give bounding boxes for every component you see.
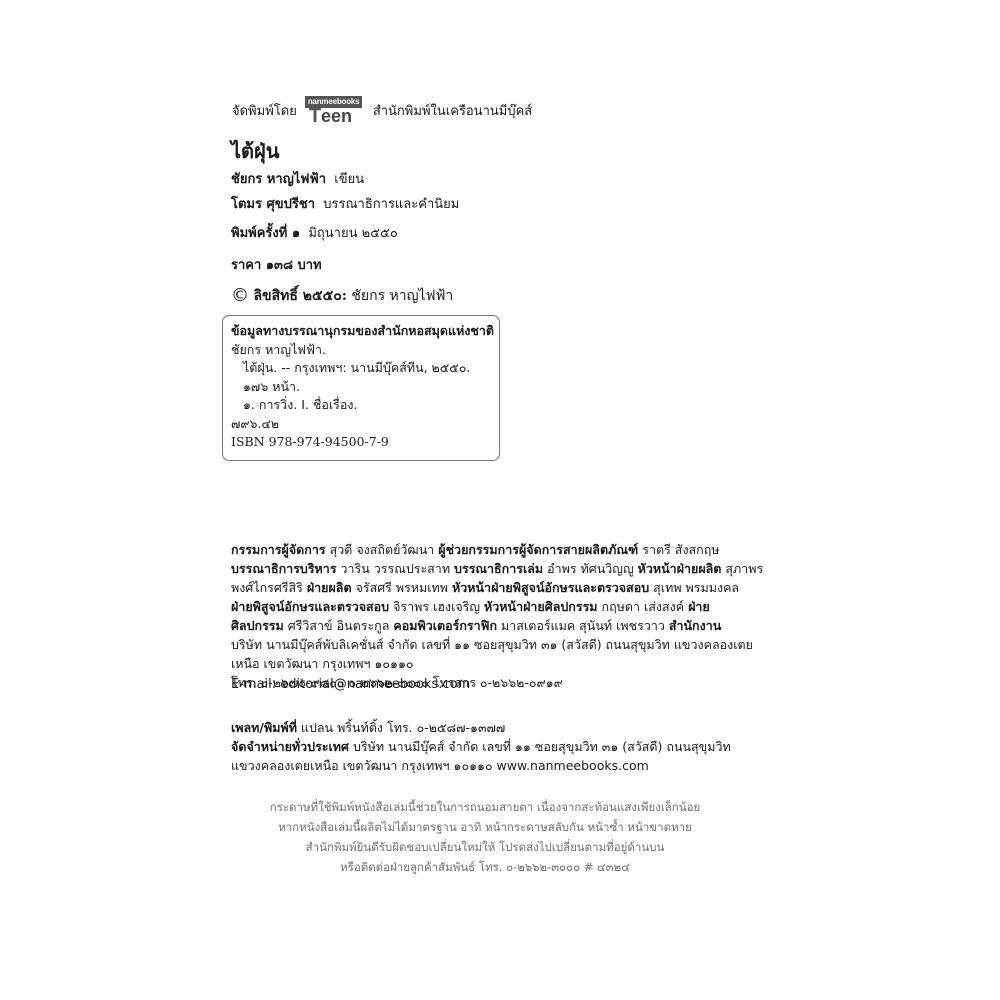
credit-role: จัดจำหน่ายทั่วประเทศ (231, 739, 349, 754)
edition-line: พิมพ์ครั้งที่ ๑ มิถุนายน ๒๕๕๐ (231, 222, 398, 243)
credit-role: ฝ่ายพิสูจน์อักษรและตรวจสอบ (231, 599, 389, 614)
logo-teen-text: Teen (309, 108, 352, 124)
credit-value: บริษัท นานมีบุ๊คส์ จำกัด เลขที่ ๑๑ ซอยสุ… (349, 739, 731, 754)
credit-value: เหนือ เขตวัฒนา กรุงเทพฯ ๑๐๑๑๐ (231, 656, 414, 671)
credit-line: พงศ์ไกรศรีสิริ ฝ่ายผลิต จรัสศรี พรหมเทพ … (231, 578, 746, 597)
credit-value: ราตรี สังสกฤษ (638, 542, 719, 557)
credit-role: หัวหน้าฝ่ายผลิต (638, 561, 722, 576)
credit-value: สุเทพ พรมมงคล (649, 580, 739, 595)
credit-value: กฤษดา เส่งสงค์ (598, 599, 689, 614)
cip-pages: ๑๗๖ หน้า. (231, 378, 491, 397)
notice-line: กระดาษที่ใช้พิมพ์หนังสือเล่มนี้ช่วยในการ… (250, 797, 720, 817)
editorial-email: E-mail: editorial@nanmeebooks.com (231, 677, 470, 692)
cip-data-box: ข้อมูลทางบรรณานุกรมของสำนักหอสมุดแห่งชาต… (222, 315, 500, 461)
credit-value: พงศ์ไกรศรีสิริ (231, 580, 307, 595)
staff-credits: กรรมการผู้จัดการ สุวดี จงสถิตย์วัฒนา ผู้… (231, 540, 746, 692)
cip-author: ชัยกร หาญไฟฟ้า. (231, 341, 491, 360)
author-line: ชัยกร หาญไฟฟ้า เขียน (231, 168, 364, 189)
copyright-icon: © (231, 285, 249, 306)
credit-role: หัวหน้าฝ่ายศิลปกรรม (484, 599, 598, 614)
credit-role: กรรมการผู้จัดการ (231, 542, 326, 557)
credit-role: บรรณาธิการบริหาร (231, 561, 337, 576)
credit-value: มาสเตอร์แมค สุนันท์ เพชรวาว (497, 618, 669, 633)
publisher-line: จัดพิมพ์โดย nanmeebooks Teen สำนักพิมพ์ใ… (232, 96, 532, 124)
copyright-line: © ลิขสิทธิ์ ๒๕๕๐: ชัยกร หาญไฟฟ้า (231, 285, 453, 307)
publisher-imprint: สำนักพิมพ์ในเครือนานมีบุ๊คส์ (373, 100, 532, 121)
editor-line: โตมร ศุขปรีชา บรรณาธิการและคำนิยม (231, 193, 459, 214)
edition-date: มิถุนายน ๒๕๕๐ (308, 226, 397, 241)
credit-value: จรัสศรี พรหมเทพ (352, 580, 452, 595)
credit-line: กรรมการผู้จัดการ สุวดี จงสถิตย์วัฒนา ผู้… (231, 540, 746, 559)
cip-isbn: ISBN 978-974-94500-7-9 (231, 433, 491, 452)
credit-value: อำพร ทัศนวิญญู (543, 561, 637, 576)
credit-value: ศรีวิสาข์ อินตระกูล (284, 618, 394, 633)
publisher-prefix: จัดพิมพ์โดย (232, 100, 297, 121)
credit-value: แปลน พริ้นท์ติ้ง โทร. ๐-๒๕๘๗-๑๓๗๗ (297, 720, 505, 735)
credit-value: วาริน วรรณประสาท (337, 561, 455, 576)
credit-line: บรรณาธิการบริหาร วาริน วรรณประสาท บรรณาธ… (231, 559, 746, 578)
credit-value: จิราพร เฮงเจริญ (389, 599, 484, 614)
credit-line: บริษัท นานมีบุ๊คส์พับลิเคชั่นส์ จำกัด เล… (231, 635, 746, 654)
credit-role: เพลท/พิมพ์ที่ (231, 720, 297, 735)
edition-label: พิมพ์ครั้งที่ ๑ (231, 226, 300, 241)
printing-line: จัดจำหน่ายทั่วประเทศ บริษัท นานมีบุ๊คส์ … (231, 737, 731, 756)
printing-line: แขวงคลองเตยเหนือ เขตวัฒนา กรุงเทพฯ ๑๐๑๑๐… (231, 756, 731, 775)
credit-value: แขวงคลองเตยเหนือ เขตวัฒนา กรุงเทพฯ ๑๐๑๑๐… (231, 758, 649, 773)
nanmeebooks-teen-logo: nanmeebooks Teen (305, 96, 365, 124)
credit-role: บรรณาธิการเล่ม (454, 561, 543, 576)
cip-classification: ๗๙๖.๔๒ (231, 415, 491, 434)
credit-value: บริษัท นานมีบุ๊คส์พับลิเคชั่นส์ จำกัด เล… (231, 637, 753, 652)
editor-role: บรรณาธิการและคำนิยม (323, 197, 459, 212)
notice-line: หรือติดต่อฝ่ายลูกค้าสัมพันธ์ โทร. ๐-๒๖๖๒… (250, 857, 720, 877)
author-name: ชัยกร หาญไฟฟ้า (231, 172, 326, 187)
book-title: ไต้ฝุ่น (231, 135, 279, 167)
copyright-label: ลิขสิทธิ์ ๒๕๕๐: (253, 288, 346, 304)
credit-role: สำนักงาน (669, 618, 721, 633)
cip-title-line: ไต้ฝุ่น. -- กรุงเทพฯ: นานมีบุ๊คส์ทีน, ๒๕… (231, 359, 491, 378)
credit-line: ฝ่ายพิสูจน์อักษรและตรวจสอบ จิราพร เฮงเจร… (231, 597, 746, 616)
copyright-holder: ชัยกร หาญไฟฟ้า (351, 288, 453, 304)
credit-role: ผู้ช่วยกรรมการผู้จัดการสายผลิตภัณฑ์ (438, 542, 638, 557)
notice-line: หากหนังสือเล่มนี้ผลิตไม่ได้มาตรฐาน อาทิ … (250, 817, 720, 837)
credit-value: สุภาพร (721, 561, 763, 576)
editor-name: โตมร ศุขปรีชา (231, 197, 315, 212)
credit-value: สุวดี จงสถิตย์วัฒนา (326, 542, 439, 557)
credit-role: ฝ่าย (688, 599, 710, 614)
notice-line: สำนักพิมพ์ยินดีรับผิดชอบเปลี่ยนใหม่ให้ โ… (250, 837, 720, 857)
credit-line: ศิลปกรรม ศรีวิสาข์ อินตระกูล คอมพิวเตอร์… (231, 616, 746, 635)
price-line: ราคา ๑๓๘ บาท (231, 254, 322, 275)
author-role: เขียน (334, 172, 364, 187)
credit-role: หัวหน้าฝ่ายพิสูจน์อักษรและตรวจสอบ (452, 580, 649, 595)
printing-distribution-info: เพลท/พิมพ์ที่ แปลน พริ้นท์ติ้ง โทร. ๐-๒๕… (231, 718, 731, 775)
cip-heading: ข้อมูลทางบรรณานุกรมของสำนักหอสมุดแห่งชาต… (231, 322, 491, 341)
printing-line: เพลท/พิมพ์ที่ แปลน พริ้นท์ติ้ง โทร. ๐-๒๕… (231, 718, 731, 737)
credit-role: ฝ่ายผลิต (307, 580, 352, 595)
credit-role: ศิลปกรรม (231, 618, 284, 633)
credit-line: เหนือ เขตวัฒนา กรุงเทพฯ ๑๐๑๑๐ (231, 654, 746, 673)
credit-role: คอมพิวเตอร์กราฟิก (393, 618, 497, 633)
quality-notice: กระดาษที่ใช้พิมพ์หนังสือเล่มนี้ช่วยในการ… (250, 797, 720, 877)
cip-subjects: ๑. การวิ่ง. I. ชื่อเรื่อง. (231, 396, 491, 415)
